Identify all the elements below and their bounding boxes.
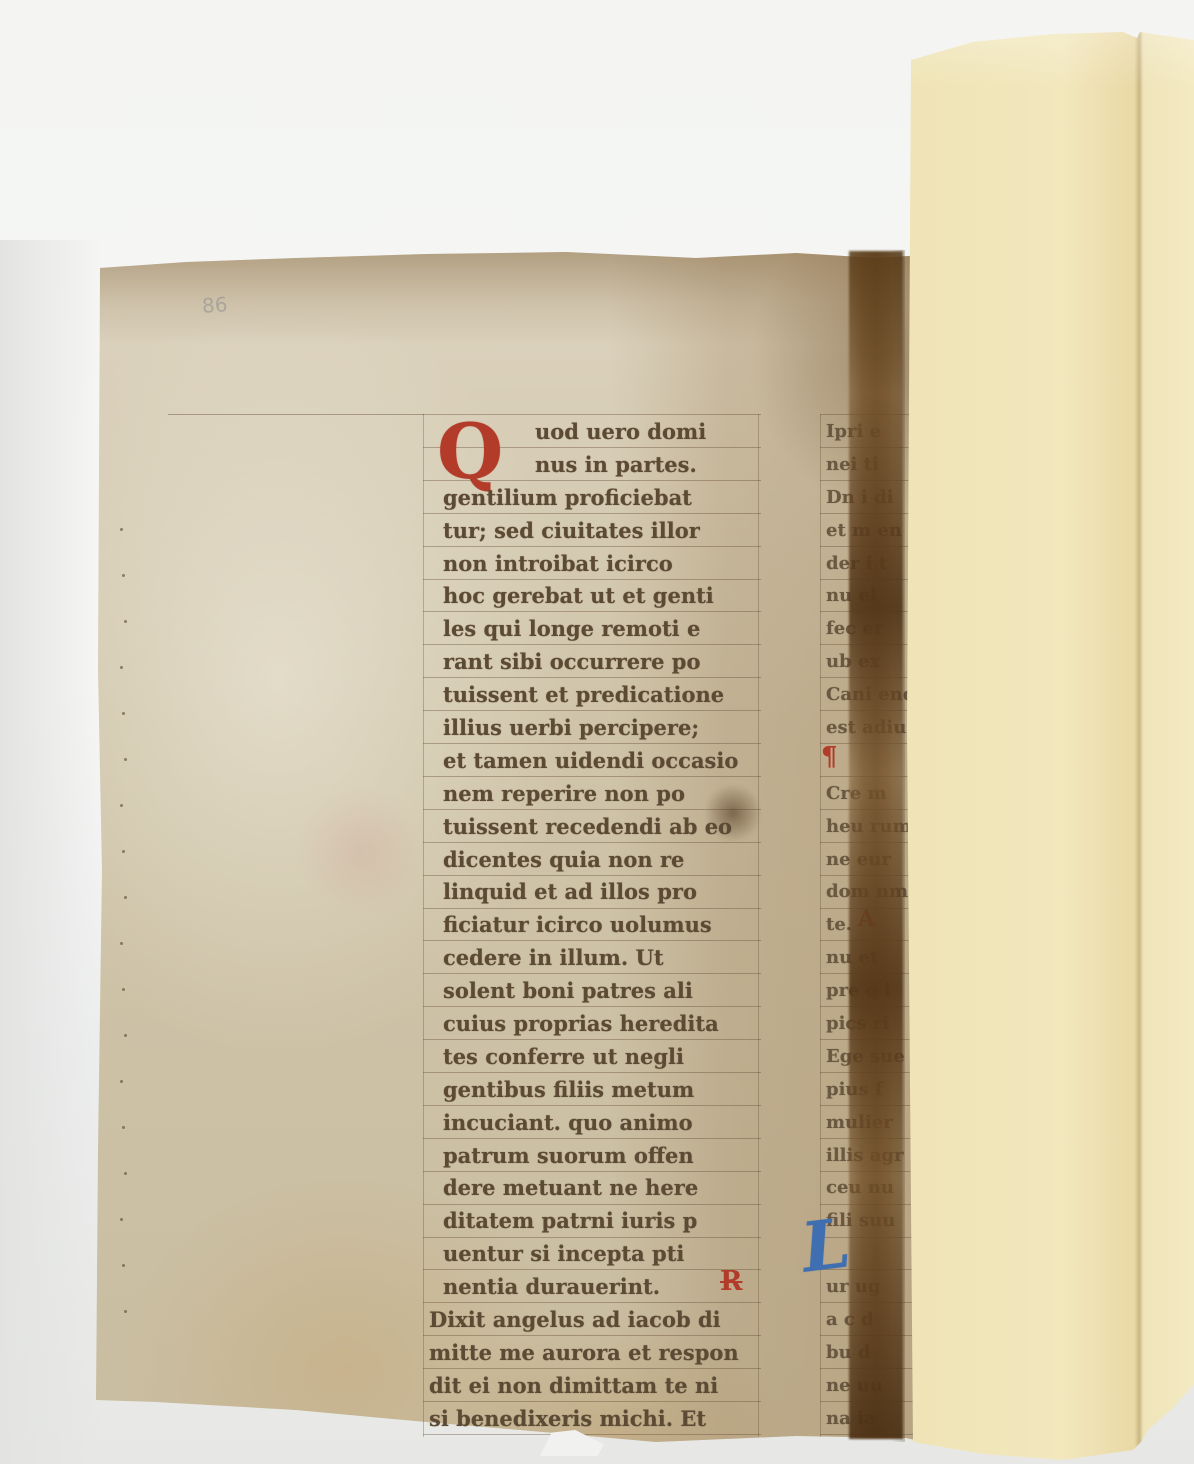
text-line: hoc gerebat ut et genti [443,580,759,613]
text-line: mitte me aurora et respon [429,1337,759,1370]
text-line: non introibat icirco [443,548,759,581]
pricking-dot [120,1218,123,1221]
text-line: uentur si incepta pti [443,1238,759,1271]
text-line: tur; sed ciuitates illor [443,515,759,548]
paragraph-mark: ¶ [821,742,838,772]
text-line: nentia durauerint. [443,1271,759,1304]
text-line: ditatem patrni iuris p [443,1205,759,1238]
text-line: nus in partes. [443,449,759,482]
text-line: incuciant. quo animo [443,1107,759,1140]
pricking-dot [120,942,123,945]
vertical-ruling-line [423,414,424,1437]
pricking-dot [124,1172,127,1175]
photo-background-shading [0,240,100,1464]
mount-edge-shadow [891,250,905,1442]
pricking-dot [122,1126,125,1129]
text-line: ficiatur icirco uolumus [443,909,759,942]
pricking-dot [124,620,127,623]
text-line: gentibus filiis metum [443,1074,759,1107]
text-line: tes conferre ut negli [443,1041,759,1074]
pricking-dot [120,804,123,807]
pricking-dot [122,574,125,577]
pricking-dot [124,1310,127,1313]
text-line: linquid et ad illos pro [443,876,759,909]
text-line: illius uerbi percipere; [443,712,759,745]
seal-showthrough-stain [296,786,426,916]
text-line: patrum suorum offen [443,1140,759,1173]
margin-ruling-line [168,414,424,415]
text-line: les qui longe remoti e [443,613,759,646]
pricking-dot [122,712,125,715]
text-line: si benedixeris michi. Et [429,1403,759,1436]
text-line: tuissent et predicatione [443,679,759,712]
pricking-dot [122,988,125,991]
pricking-dot [122,850,125,853]
manuscript-photo: 86 Q uod uero dominus in partes.gentiliu… [0,0,1194,1464]
text-line: solent boni patres ali [443,975,759,1008]
text-line: Dixit angelus ad iacob di [429,1304,759,1337]
text-line: gentilium proficiebat [443,482,759,515]
pricking-dot [120,666,123,669]
pricking-dot [124,1034,127,1037]
mount-guard-page [903,28,1194,1464]
pencil-folio-number: 86 [201,292,228,318]
text-line: dere metuant ne here [443,1172,759,1205]
text-line: cedere in illum. Ut [443,942,759,975]
pricking-dot [124,896,127,899]
text-line: dicentes quia non re [443,844,759,877]
text-line: cuius proprias heredita [443,1008,759,1041]
responsory-mark: R [720,1266,742,1297]
pricking-dot [120,528,123,531]
pricking-dot [124,758,127,761]
text-line: tuissent recedendi ab eo [443,811,759,844]
main-text-column: uod uero dominus in partes.gentilium pro… [443,416,759,1436]
blue-initial: L [798,1209,854,1282]
pricking-dot [122,1264,125,1267]
text-line: rant sibi occurrere po [443,646,759,679]
text-line: dit ei non dimittam te ni [429,1370,759,1403]
text-line: uod uero domi [443,416,759,449]
text-line: nem reperire non po [443,778,759,811]
text-line: et tamen uidendi occasio [443,745,759,778]
pricking-dot [120,1080,123,1083]
